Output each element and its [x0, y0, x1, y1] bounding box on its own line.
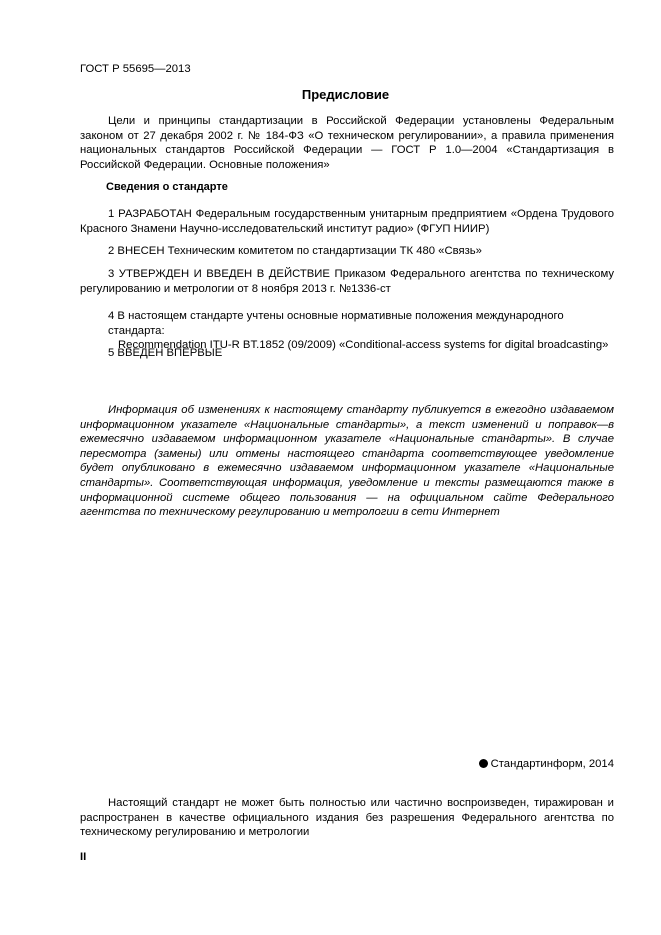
copyright-icon: [479, 759, 488, 768]
info-item-5: 5 ВВЕДЕН ВПЕРВЫЕ: [108, 346, 222, 361]
intro-paragraph: Цели и принципы стандартизации в Российс…: [80, 114, 614, 172]
standard-code: ГОСТ Р 55695—2013: [80, 62, 191, 77]
page-number: II: [80, 850, 86, 865]
info-item-4-line1: 4 В настоящем стандарте учтены основные …: [108, 309, 618, 338]
amendments-notice: Информация об изменениях к настоящему ст…: [80, 403, 614, 520]
reproduction-notice: Настоящий стандарт не может быть полност…: [80, 796, 614, 840]
info-item-3: 3 УТВЕРЖДЕН И ВВЕДЕН В ДЕЙСТВИЕ Приказом…: [80, 267, 614, 296]
info-item-1: 1 РАЗРАБОТАН Федеральным государственным…: [80, 207, 614, 236]
copyright: Стандартинформ, 2014: [479, 757, 614, 772]
copyright-text: Стандартинформ, 2014: [491, 758, 614, 770]
info-heading: Сведения о стандарте: [106, 180, 228, 195]
page-title: Предисловие: [0, 88, 661, 103]
info-item-2: 2 ВНЕСЕН Техническим комитетом по станда…: [80, 244, 614, 259]
